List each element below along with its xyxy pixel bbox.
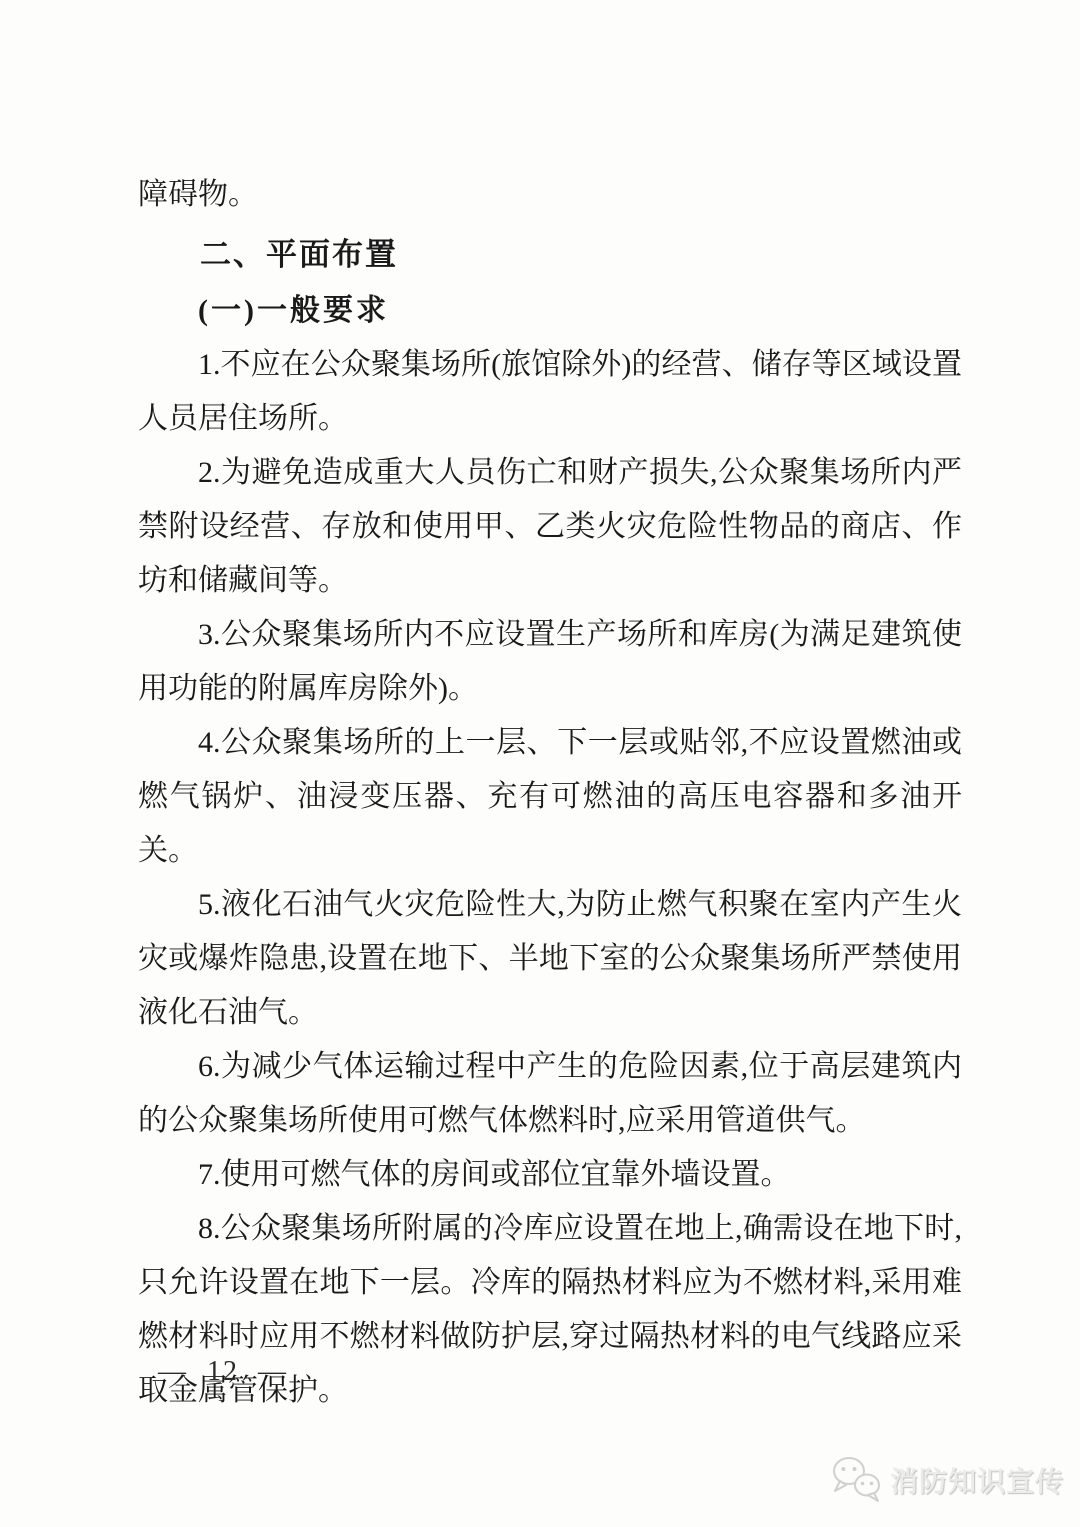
document-body: 障碍物。 二、平面布置 (一)一般要求 1.不应在公众聚集场所(旅馆除外)的经营… bbox=[138, 168, 962, 1418]
section-heading: 二、平面布置 bbox=[138, 228, 962, 282]
paragraph-item-3: 3.公众聚集场所内不应设置生产场所和库房(为满足建筑使用功能的附属库房除外)。 bbox=[138, 608, 962, 716]
page-number: — 12 — bbox=[158, 1356, 288, 1388]
watermark: 消防知识宣传 bbox=[830, 1454, 1064, 1506]
wechat-icon bbox=[830, 1454, 882, 1506]
paragraph-item-4: 4.公众聚集场所的上一层、下一层或贴邻,不应设置燃油或燃气锅炉、油浸变压器、充有… bbox=[138, 716, 962, 878]
subsection-heading: (一)一般要求 bbox=[138, 284, 962, 338]
paragraph-item-7: 7.使用可燃气体的房间或部位宜靠外墙设置。 bbox=[138, 1148, 962, 1202]
paragraph-item-5: 5.液化石油气火灾危险性大,为防止燃气积聚在室内产生火灾或爆炸隐患,设置在地下、… bbox=[138, 878, 962, 1040]
paragraph-item-1: 1.不应在公众聚集场所(旅馆除外)的经营、储存等区域设置人员居住场所。 bbox=[138, 338, 962, 446]
paragraph-item-2: 2.为避免造成重大人员伤亡和财产损失,公众聚集场所内严禁附设经营、存放和使用甲、… bbox=[138, 446, 962, 608]
watermark-label: 消防知识宣传 bbox=[890, 1460, 1064, 1500]
paragraph-continuation: 障碍物。 bbox=[138, 168, 962, 222]
paragraph-item-6: 6.为减少气体运输过程中产生的危险因素,位于高层建筑内的公众聚集场所使用可燃气体… bbox=[138, 1040, 962, 1148]
